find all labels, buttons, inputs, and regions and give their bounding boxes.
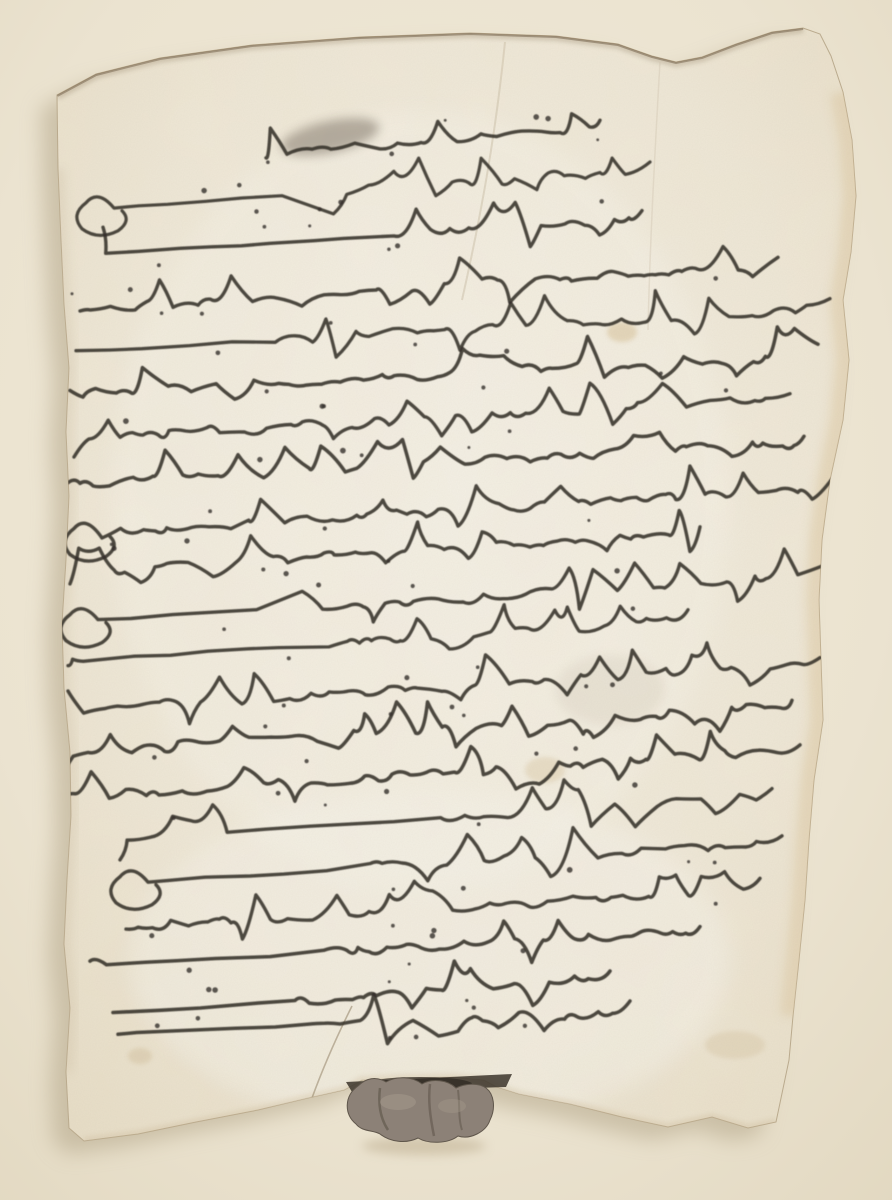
diacritic-dot	[391, 924, 395, 928]
diacritic-dot	[411, 584, 415, 588]
diacritic-dot	[187, 968, 192, 973]
diacritic-dot	[322, 404, 326, 408]
diacritic-dot	[70, 292, 73, 295]
diacritic-dot	[155, 1023, 160, 1028]
diacritic-dot	[237, 183, 242, 188]
diacritic-dot	[610, 682, 615, 687]
diacritic-dot	[287, 656, 291, 660]
diacritic-dot	[388, 1036, 392, 1040]
diacritic-dot	[261, 567, 265, 571]
diacritic-dot	[687, 860, 690, 863]
diacritic-dot	[206, 987, 211, 992]
diacritic-dot	[713, 276, 718, 281]
diacritic-dot	[389, 712, 393, 716]
diacritic-dot	[323, 526, 327, 530]
diacritic-dot	[318, 207, 322, 211]
diacritic-dot	[200, 312, 204, 316]
diacritic-dot	[384, 789, 389, 794]
diacritic-dot	[521, 948, 526, 953]
diacritic-dot	[184, 538, 189, 543]
diacritic-dot	[596, 138, 599, 141]
diacritic-dot	[465, 999, 468, 1002]
diacritic-dot	[414, 1035, 419, 1040]
diacritic-dot	[308, 224, 311, 227]
diacritic-dot	[481, 385, 485, 389]
manuscript-photograph: Photograph of a single parchment manuscr…	[0, 0, 892, 1200]
diacritic-dot	[266, 160, 270, 164]
diacritic-dot	[222, 627, 226, 631]
diacritic-dot	[476, 665, 480, 669]
diacritic-dot	[265, 389, 269, 393]
diacritic-dot	[659, 372, 663, 376]
diacritic-dot	[263, 724, 267, 728]
diacritic-dot	[444, 119, 447, 122]
diacritic-dot	[172, 816, 176, 820]
diacritic-dot	[201, 188, 206, 193]
diacritic-dot	[212, 987, 218, 993]
diacritic-dot	[599, 199, 604, 204]
diacritic-dot	[534, 751, 538, 755]
diacritic-dot	[276, 791, 281, 796]
diacritic-dot	[208, 509, 212, 513]
diacritic-dot	[196, 1016, 201, 1021]
diacritic-dot	[614, 568, 619, 573]
photo-canvas	[0, 0, 892, 1200]
diacritic-dot	[631, 606, 636, 611]
diacritic-dot	[110, 543, 113, 546]
diacritic-dot	[450, 705, 455, 710]
diacritic-dot	[508, 429, 512, 433]
diacritic-dot	[404, 675, 409, 680]
diacritic-dot	[395, 243, 400, 248]
diacritic-dot	[283, 571, 288, 576]
diacritic-dot	[329, 321, 333, 325]
diacritic-dot	[714, 902, 718, 906]
diacritic-dot	[587, 519, 590, 522]
diacritic-dot	[533, 114, 539, 120]
diacritic-dot	[387, 559, 390, 562]
diacritic-dot	[431, 928, 436, 933]
parchment-surface	[40, 20, 870, 1160]
diacritic-dot	[387, 248, 391, 252]
diacritic-dot	[316, 582, 321, 587]
diacritic-dot	[216, 350, 221, 355]
diacritic-dot	[282, 703, 286, 707]
diacritic-dot	[724, 388, 728, 392]
diacritic-dot	[112, 546, 117, 551]
seal-highlight-2	[438, 1099, 466, 1113]
diacritic-dot	[160, 311, 164, 315]
diacritic-dot	[360, 453, 364, 457]
diacritic-dot	[504, 349, 509, 354]
diacritic-dot	[713, 861, 717, 865]
diacritic-dot	[632, 782, 637, 787]
diacritic-dot	[413, 343, 417, 347]
diacritic-dot	[388, 980, 391, 983]
seal-highlight-1	[380, 1094, 416, 1110]
diacritic-dot	[149, 933, 154, 938]
diacritic-dot	[567, 867, 573, 873]
grain-texture	[40, 20, 870, 1160]
diacritic-dot	[305, 759, 309, 763]
diacritic-dot	[467, 446, 470, 449]
diacritic-dot	[157, 263, 161, 267]
diacritic-dot	[461, 886, 466, 891]
diacritic-dot	[257, 457, 262, 462]
diacritic-dot	[263, 225, 267, 229]
diacritic-dot	[477, 822, 481, 826]
diacritic-dot	[462, 714, 466, 718]
diacritic-dot	[392, 887, 396, 891]
diacritic-dot	[523, 1024, 527, 1028]
diacritic-dot	[254, 209, 258, 213]
diacritic-dot	[389, 152, 394, 157]
diacritic-dot	[545, 116, 550, 121]
diacritic-dot	[128, 287, 133, 292]
diacritic-dot	[324, 803, 327, 806]
diacritic-dot	[573, 746, 578, 751]
diacritic-dot	[408, 962, 411, 965]
diacritic-dot	[430, 933, 436, 939]
diacritic-dot	[340, 448, 346, 454]
diacritic-dot	[338, 200, 343, 205]
diacritic-dot	[152, 755, 157, 760]
diacritic-dot	[123, 418, 129, 424]
diacritic-dot	[584, 684, 588, 688]
diacritic-dot	[472, 1005, 476, 1009]
